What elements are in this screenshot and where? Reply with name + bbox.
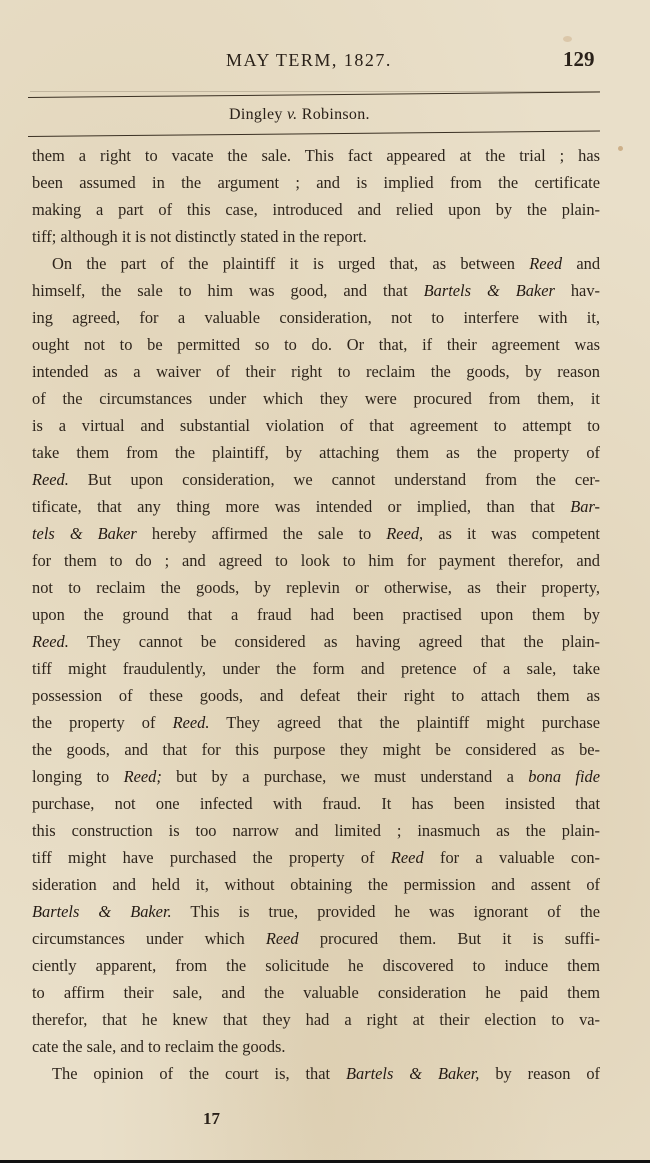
case-title-versus: v. bbox=[287, 106, 298, 123]
italic-name: Bar- bbox=[570, 497, 600, 516]
text-line: tiff might have purchased the property o… bbox=[32, 844, 600, 871]
text-segment: hereby affirmed the sale to bbox=[137, 524, 386, 543]
italic-name: Reed, bbox=[386, 524, 423, 543]
text-segment: to affirm their sale, and the valuable c… bbox=[32, 983, 600, 1002]
text-segment: The opinion of the court is, that bbox=[52, 1064, 346, 1083]
text-segment: possession of these goods, and defeat th… bbox=[32, 686, 600, 705]
text-segment: not to reclaim the goods, by replevin or… bbox=[32, 578, 600, 597]
text-line: tiff might fraudulently, under the form … bbox=[32, 655, 600, 682]
italic-name: Reed; bbox=[124, 767, 162, 786]
text-line: therefor, that he knew that they had a r… bbox=[32, 1006, 600, 1033]
italic-name: Reed. bbox=[32, 632, 69, 651]
italic-name: Bartels & Baker, bbox=[346, 1064, 479, 1083]
italic-name: tels & Baker bbox=[32, 524, 137, 543]
text-line: to affirm their sale, and the valuable c… bbox=[32, 979, 600, 1006]
text-line: ciently apparent, from the solicitude he… bbox=[32, 952, 600, 979]
text-line: upon the ground that a fraud had been pr… bbox=[32, 601, 600, 628]
italic-name: Reed. bbox=[32, 470, 69, 489]
header-rule-top bbox=[28, 92, 600, 98]
text-line: circumstances under which Reed procured … bbox=[32, 925, 600, 952]
text-segment: cate the sale, and to reclaim the goods. bbox=[32, 1037, 286, 1056]
book-page: MAY TERM, 1827. 129 Dingley v. Robinson.… bbox=[0, 0, 650, 1160]
paper-stain bbox=[618, 146, 623, 151]
text-line: ing agreed, for a valuable consideration… bbox=[32, 304, 600, 331]
text-segment: intended as a waiver of their right to r… bbox=[32, 362, 600, 381]
text-line: sideration and held it, without obtainin… bbox=[32, 871, 600, 898]
text-line: The opinion of the court is, that Bartel… bbox=[32, 1060, 600, 1087]
text-line: cate the sale, and to reclaim the goods. bbox=[32, 1033, 600, 1060]
text-segment: This is true, provided he was ignorant o… bbox=[172, 902, 600, 921]
italic-name: Reed bbox=[391, 848, 424, 867]
text-line: take them from the plaintiff, by attachi… bbox=[32, 439, 600, 466]
case-title: Dingley v. Robinson. bbox=[229, 106, 370, 124]
text-line: tificate, that any thing more was intend… bbox=[32, 493, 600, 520]
text-line: for them to do ; and agreed to look to h… bbox=[32, 547, 600, 574]
text-segment: They cannot be considered as having agre… bbox=[69, 632, 600, 651]
text-line: the property of Reed. They agreed that t… bbox=[32, 709, 600, 736]
text-line: purchase, not one infected with fraud. I… bbox=[32, 790, 600, 817]
italic-name: Bartels & Baker. bbox=[32, 902, 172, 921]
paper-stain bbox=[563, 36, 572, 42]
text-line: the goods, and that for this purpose the… bbox=[32, 736, 600, 763]
text-segment: tiff; although it is not distinctly stat… bbox=[32, 227, 367, 246]
text-segment: for them to do ; and agreed to look to h… bbox=[32, 551, 600, 570]
signature-mark: 17 bbox=[203, 1109, 220, 1129]
text-line: Bartels & Baker. This is true, provided … bbox=[32, 898, 600, 925]
text-segment: of the circumstances under which they we… bbox=[32, 389, 600, 408]
text-segment: been assumed in the argument ; and is im… bbox=[32, 173, 600, 192]
text-segment: himself, the sale to him was good, and t… bbox=[32, 281, 424, 300]
italic-name: Reed. bbox=[173, 713, 210, 732]
text-segment: but by a purchase, we must understand a bbox=[162, 767, 528, 786]
page-number: 129 bbox=[563, 47, 595, 72]
text-segment: On the part of the plaintiff it is urged… bbox=[52, 254, 529, 273]
text-segment: and bbox=[562, 254, 600, 273]
text-line: them a right to vacate the sale. This fa… bbox=[32, 142, 600, 169]
text-line: longing to Reed; but by a purchase, we m… bbox=[32, 763, 600, 790]
text-line: ought not to be permitted so to do. Or t… bbox=[32, 331, 600, 358]
text-line: possession of these goods, and defeat th… bbox=[32, 682, 600, 709]
italic-name: bona fide bbox=[528, 767, 600, 786]
text-segment: upon the ground that a fraud had been pr… bbox=[32, 605, 600, 624]
italic-name: Reed bbox=[529, 254, 562, 273]
text-segment: tiff might fraudulently, under the form … bbox=[32, 659, 600, 678]
text-line: of the circumstances under which they we… bbox=[32, 385, 600, 412]
text-segment: take them from the plaintiff, by attachi… bbox=[32, 443, 600, 462]
text-segment: longing to bbox=[32, 767, 124, 786]
text-segment: this construction is too narrow and limi… bbox=[32, 821, 600, 840]
running-title: MAY TERM, 1827. bbox=[226, 50, 392, 71]
text-segment: making a part of this case, introduced a… bbox=[32, 200, 600, 219]
text-line: been assumed in the argument ; and is im… bbox=[32, 169, 600, 196]
text-segment: for a valuable con- bbox=[424, 848, 600, 867]
text-segment: ciently apparent, from the solicitude he… bbox=[32, 956, 600, 975]
italic-name: Reed bbox=[266, 929, 299, 948]
body-text: them a right to vacate the sale. This fa… bbox=[32, 142, 600, 1087]
case-title-defendant: Robinson. bbox=[297, 106, 369, 123]
text-segment: is a virtual and substantial violation o… bbox=[32, 416, 600, 435]
text-segment: sideration and held it, without obtainin… bbox=[32, 875, 600, 894]
text-line: is a virtual and substantial violation o… bbox=[32, 412, 600, 439]
italic-name: Bartels & Baker bbox=[424, 281, 555, 300]
text-line: tiff; although it is not distinctly stat… bbox=[32, 223, 600, 250]
text-segment: circumstances under which bbox=[32, 929, 266, 948]
text-segment: purchase, not one infected with fraud. I… bbox=[32, 794, 600, 813]
text-segment: by reason of bbox=[479, 1064, 600, 1083]
text-segment: the property of bbox=[32, 713, 173, 732]
text-segment: ing agreed, for a valuable consideration… bbox=[32, 308, 600, 327]
text-segment: as it was competent bbox=[423, 524, 600, 543]
running-head: MAY TERM, 1827. 129 bbox=[0, 50, 650, 80]
text-line: On the part of the plaintiff it is urged… bbox=[32, 250, 600, 277]
text-segment: ought not to be permitted so to do. Or t… bbox=[32, 335, 600, 354]
text-line: not to reclaim the goods, by replevin or… bbox=[32, 574, 600, 601]
text-line: Reed. But upon consideration, we cannot … bbox=[32, 466, 600, 493]
text-line: himself, the sale to him was good, and t… bbox=[32, 277, 600, 304]
text-segment: tificate, that any thing more was intend… bbox=[32, 497, 570, 516]
text-line: intended as a waiver of their right to r… bbox=[32, 358, 600, 385]
text-segment: hav- bbox=[555, 281, 600, 300]
text-line: tels & Baker hereby affirmed the sale to… bbox=[32, 520, 600, 547]
text-segment: procured them. But it is suffi- bbox=[299, 929, 600, 948]
text-segment: But upon consideration, we cannot unders… bbox=[69, 470, 600, 489]
text-line: this construction is too narrow and limi… bbox=[32, 817, 600, 844]
text-line: making a part of this case, introduced a… bbox=[32, 196, 600, 223]
text-segment: tiff might have purchased the property o… bbox=[32, 848, 391, 867]
text-segment: therefor, that he knew that they had a r… bbox=[32, 1010, 600, 1029]
text-segment: the goods, and that for this purpose the… bbox=[32, 740, 600, 759]
header-rule-bottom bbox=[28, 131, 600, 137]
text-line: Reed. They cannot be considered as havin… bbox=[32, 628, 600, 655]
text-segment: them a right to vacate the sale. This fa… bbox=[32, 146, 600, 165]
text-segment: They agreed that the plaintiff might pur… bbox=[209, 713, 600, 732]
case-title-plaintiff: Dingley bbox=[229, 106, 287, 123]
